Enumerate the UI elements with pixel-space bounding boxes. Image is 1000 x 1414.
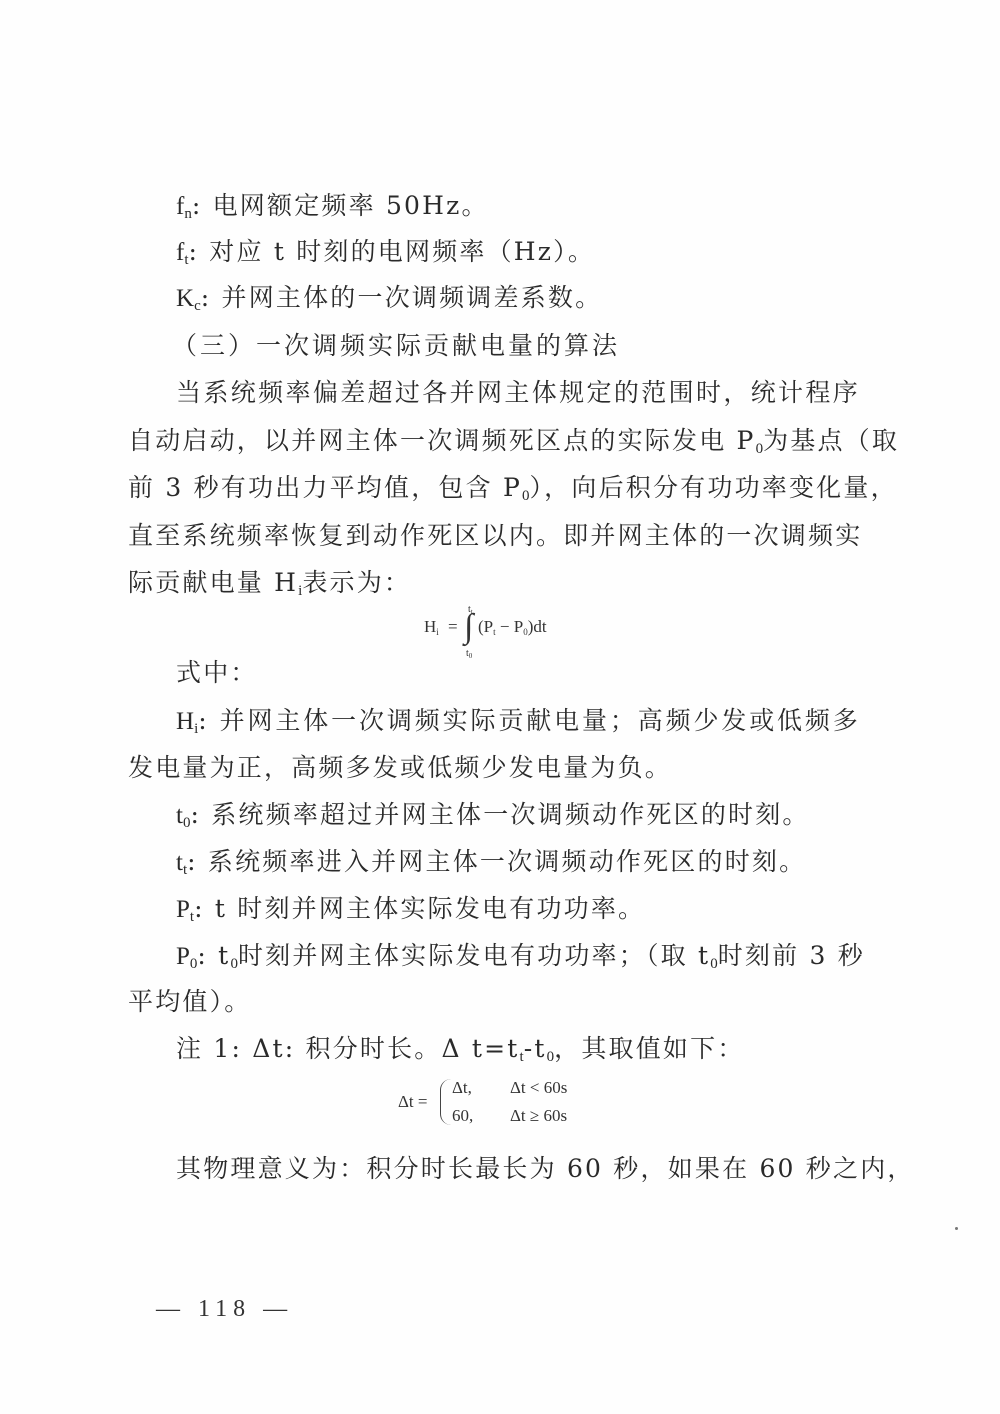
scan-speck: [955, 1227, 958, 1230]
definition-ft: ft: 对应 t 时刻的电网频率（Hz）。: [176, 237, 860, 268]
definition-p0-cont: 平均值）。: [128, 987, 860, 1017]
section-heading: （三）一次调频实际贡献电量的算法: [172, 331, 904, 361]
page-number: — 118 —: [156, 1296, 293, 1323]
paragraph-line: 际贡献电量 Hi表示为：: [128, 568, 860, 598]
definition-tt: tt: 系统频率进入并网主体一次调频动作死区的时刻。: [176, 847, 860, 878]
note-1: 注 1: Δt: 积分时长。Δ t=tt-t0，其取值如下：: [176, 1034, 860, 1064]
paragraph-line: 自动启动，以并网主体一次调频死区点的实际发电 P0为基点（取: [128, 426, 860, 456]
formula-hi: Hi = ∫ tt t0 (Pt − P0)dt: [424, 617, 584, 657]
definition-hi-cont: 发电量为正，高频多发或低频少发电量为负。: [128, 753, 860, 783]
definition-pt: Pt: t 时刻并网主体实际发电有功功率。: [176, 894, 860, 925]
paragraph-line: 当系统频率偏差超过各并网主体规定的范围时，统计程序: [176, 378, 860, 408]
paragraph-line: 直至系统频率恢复到动作死区以内。即并网主体的一次调频实: [128, 521, 860, 551]
definition-hi: Hi: 并网主体一次调频实际贡献电量；高频少发或低频多: [176, 706, 860, 737]
paragraph-line: 其物理意义为：积分时长最长为 60 秒，如果在 60 秒之内，: [176, 1154, 860, 1184]
upper-limit: tt: [468, 604, 473, 615]
definition-fn: fn: 电网额定频率 50Hz。: [176, 191, 860, 222]
definition-t0: t0: 系统频率超过并网主体一次调频动作死区的时刻。: [176, 800, 860, 831]
definition-p0: P0: t0时刻并网主体实际发电有功功率；（取 t0时刻前 3 秒: [176, 941, 860, 972]
integrand: (Pt − P0)dt: [478, 617, 547, 637]
left-brace: [440, 1079, 451, 1125]
formula-delta-t: Δt = Δt, Δt < 60s 60, Δt ≥ 60s: [398, 1076, 598, 1132]
paragraph-line: 前 3 秒有功出力平均值，包含 P0），向后积分有功功率变化量，: [128, 473, 860, 503]
definition-kc: Kc: 并网主体的一次调频调差系数。: [176, 283, 860, 314]
where-label: 式中：: [176, 658, 860, 688]
